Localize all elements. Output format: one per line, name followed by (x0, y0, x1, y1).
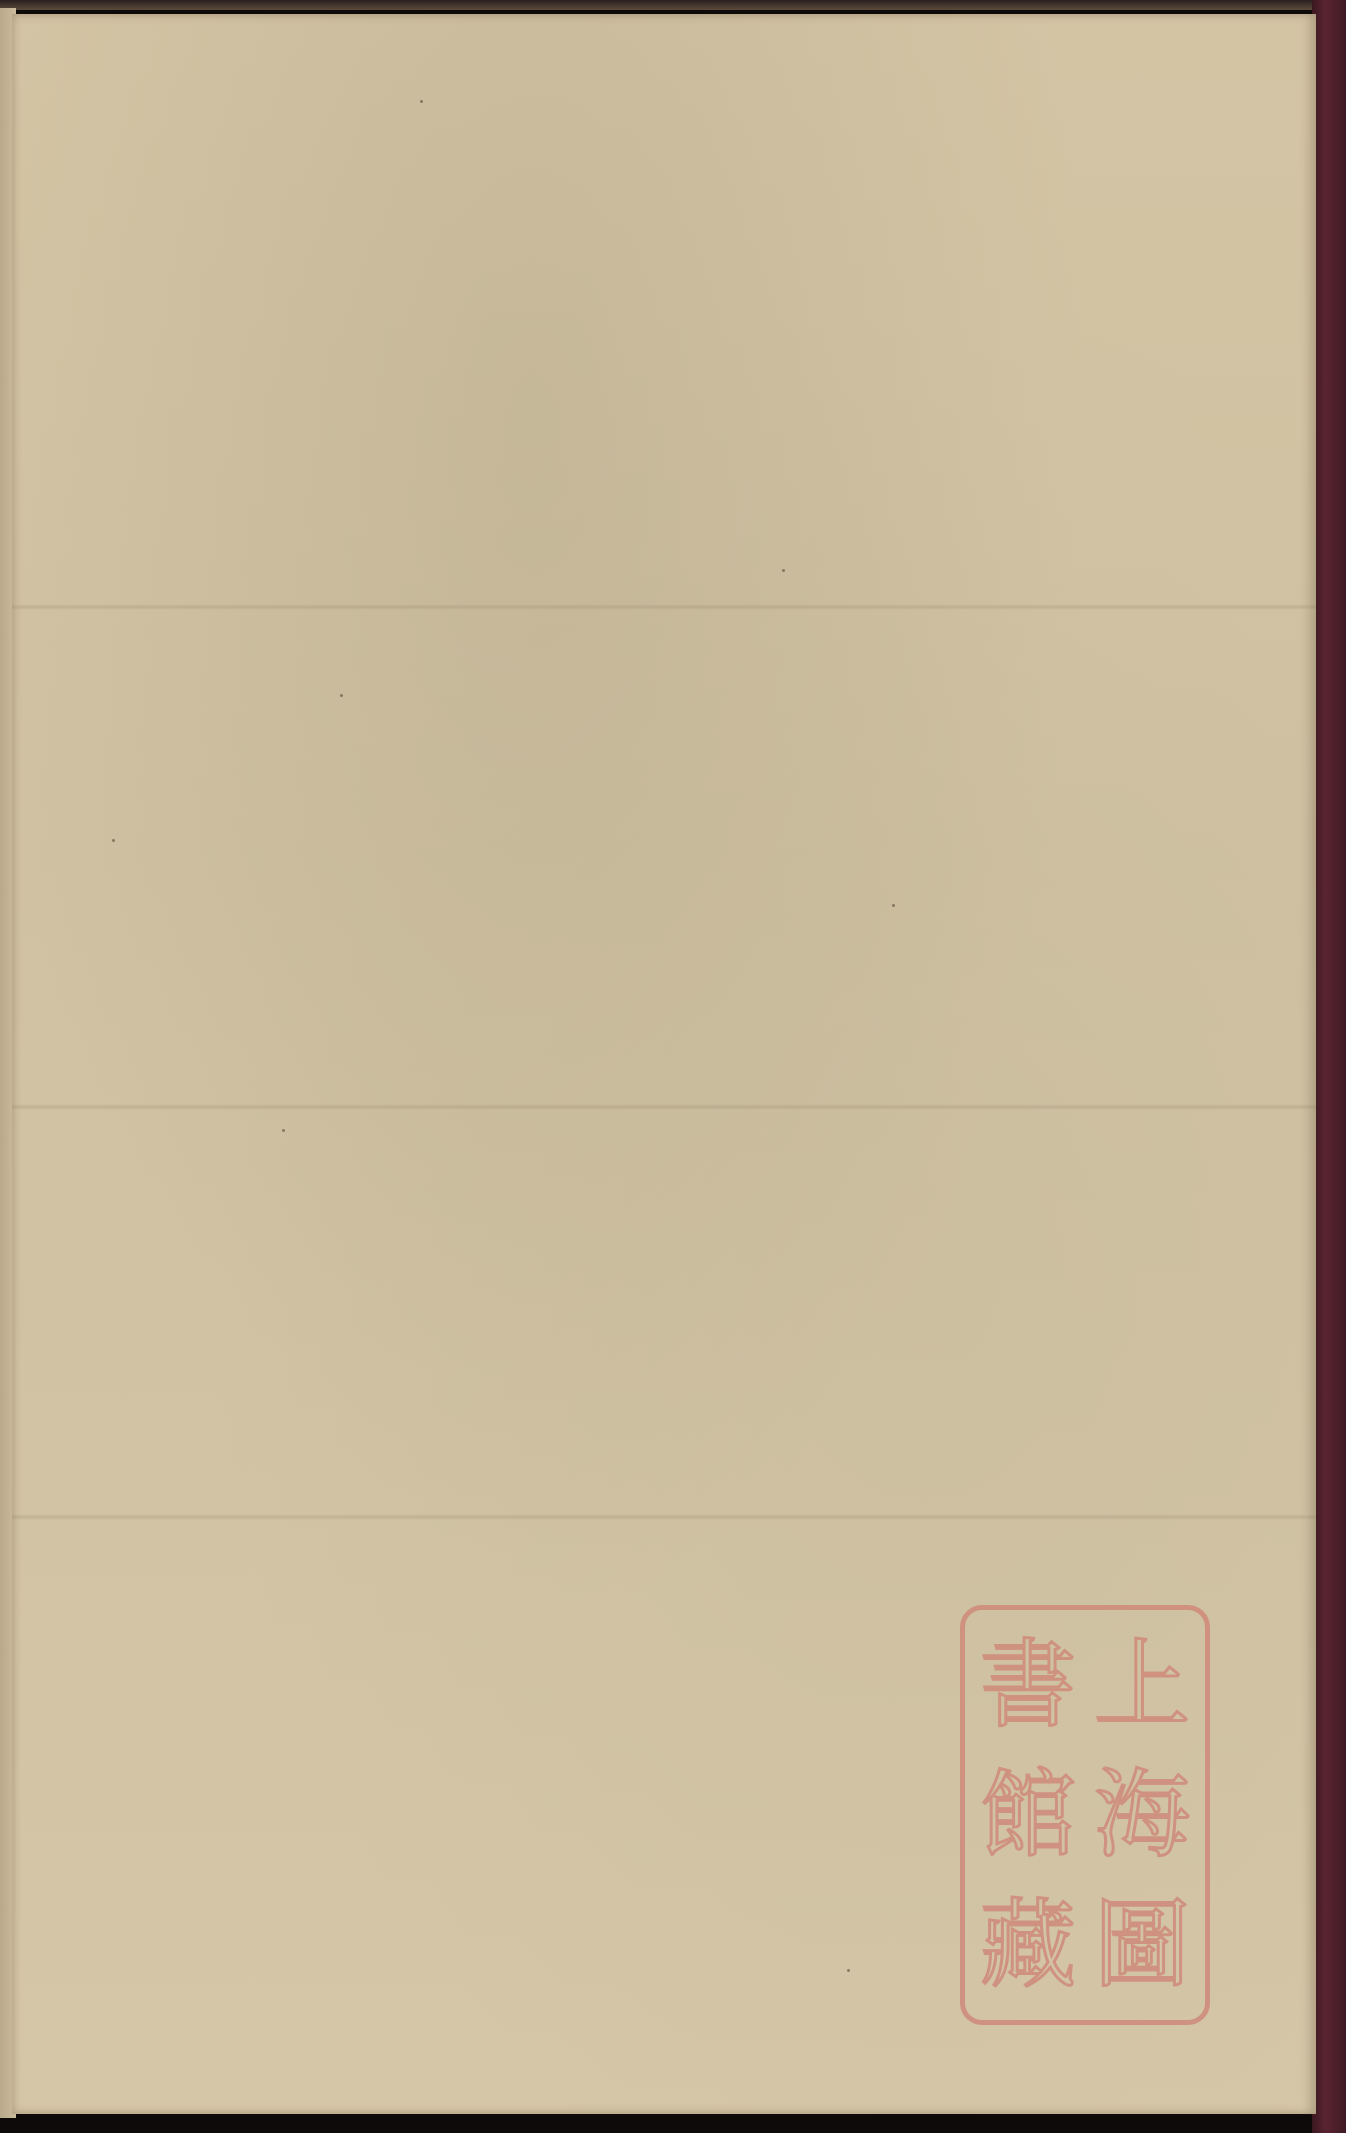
paper-speck (112, 839, 115, 842)
paper-speck (420, 100, 423, 103)
seal-character: 海 (1085, 1750, 1199, 1880)
seal-character: 藏 (971, 1880, 1085, 2010)
top-edge (0, 0, 1346, 10)
paper-speck (282, 1129, 285, 1132)
paper-speck (892, 904, 895, 907)
seal-character: 館 (971, 1750, 1085, 1880)
paper-speck (847, 1969, 850, 1972)
library-seal: 上 海 圖 書 館 藏 (960, 1605, 1210, 2025)
paper-crease (12, 1104, 1316, 1110)
seal-character: 書 (971, 1620, 1085, 1750)
paper-speck (782, 569, 785, 572)
paper-speck (340, 694, 343, 697)
book-cover-edge (1312, 0, 1346, 2133)
seal-character: 圖 (1085, 1880, 1199, 2010)
paper-crease (12, 604, 1316, 610)
seal-character: 上 (1085, 1620, 1199, 1750)
paper-crease (12, 1514, 1316, 1520)
